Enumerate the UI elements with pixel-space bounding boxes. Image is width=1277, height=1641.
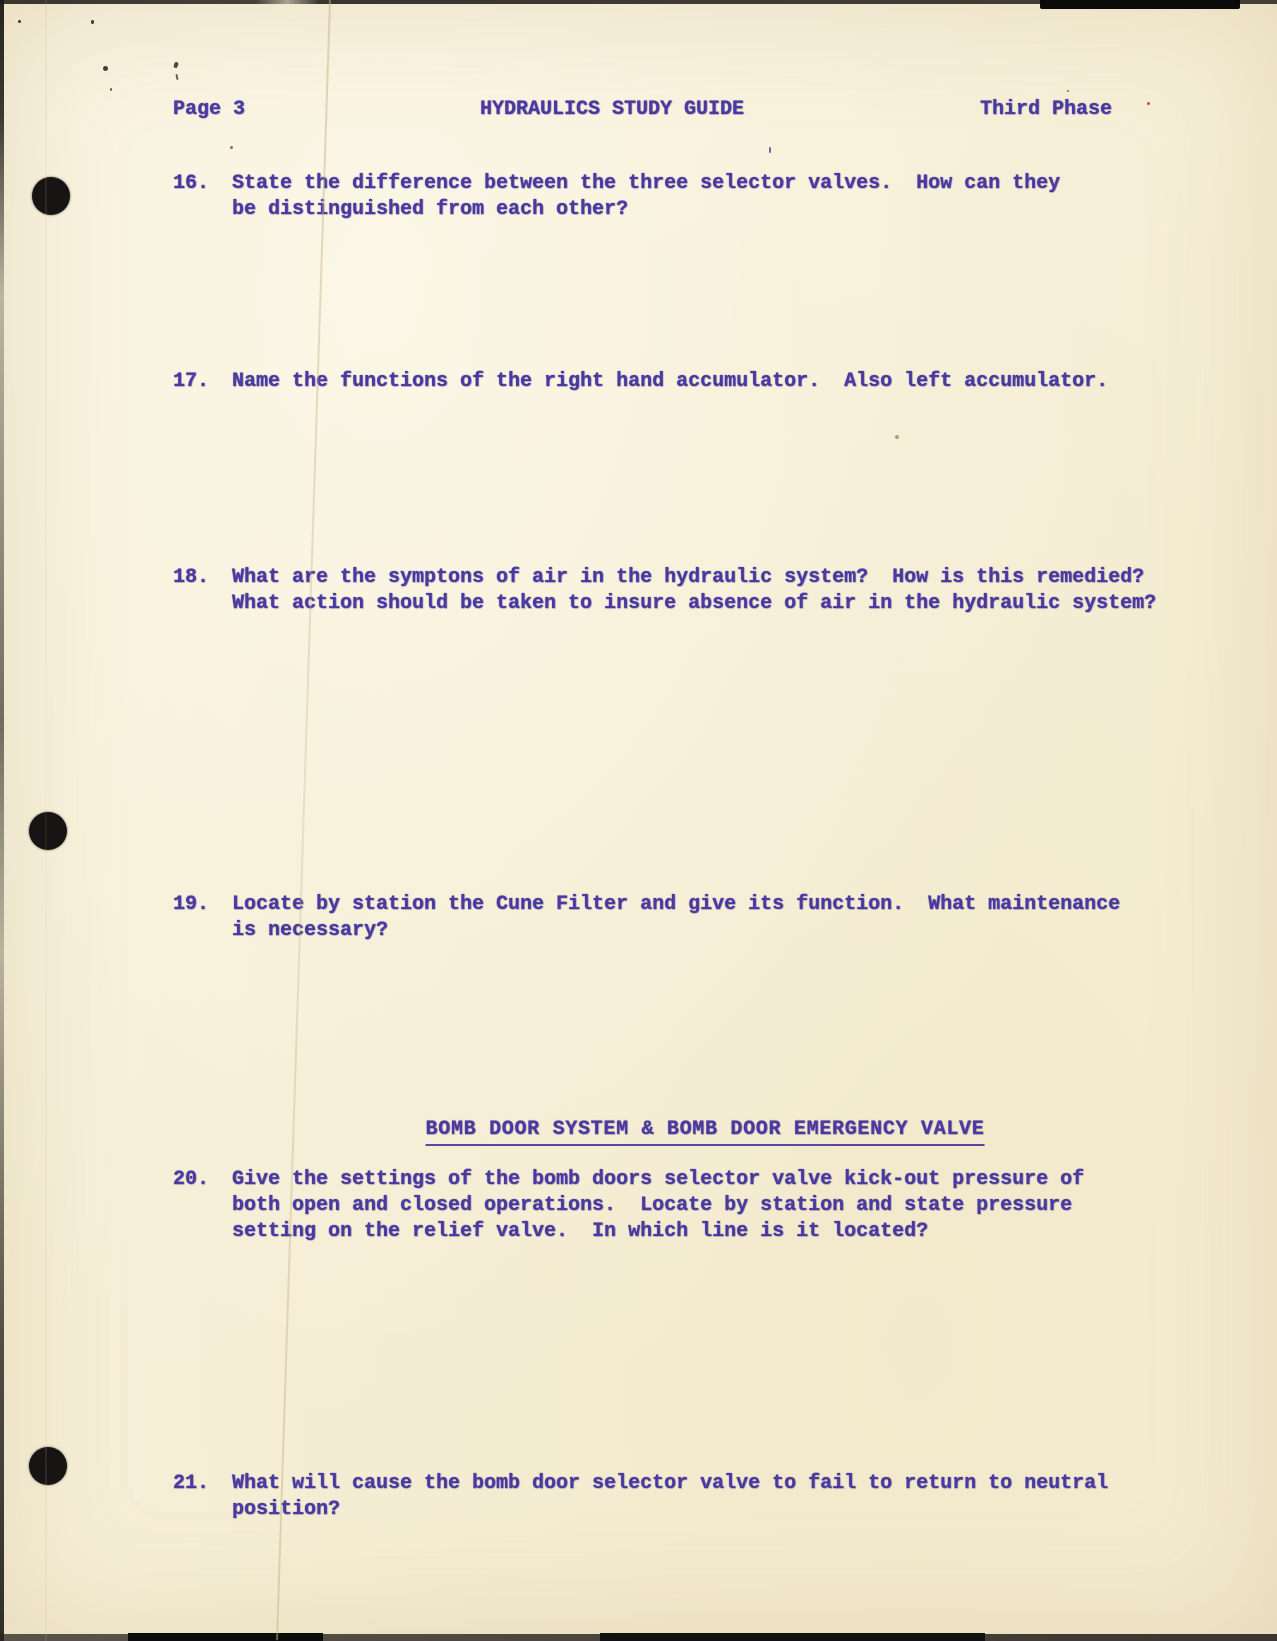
page-number-label: Page 3 <box>173 97 245 123</box>
question-20-line-1: Give the settings of the bomb doors sele… <box>232 1167 1084 1193</box>
hole-punch-middle <box>29 812 67 850</box>
question-20-number: 20. <box>173 1167 209 1193</box>
document-title: HYDRAULICS STUDY GUIDE <box>480 97 744 123</box>
question-18-number: 18. <box>173 565 209 591</box>
question-21-number: 21. <box>173 1471 209 1497</box>
question-16-line-2: be distinguished from each other? <box>232 197 628 223</box>
question-20-line-3: setting on the relief valve. In which li… <box>232 1219 928 1245</box>
question-20-line-2: both open and closed operations. Locate … <box>232 1193 1072 1219</box>
question-19-number: 19. <box>173 892 209 918</box>
phase-label: Third Phase <box>980 97 1112 123</box>
question-21-line-2: position? <box>232 1497 340 1523</box>
question-16-line-1: State the difference between the three s… <box>232 171 1060 197</box>
question-18-line-1: What are the symptons of air in the hydr… <box>232 565 1144 591</box>
hole-punch-top <box>32 177 70 215</box>
question-16-number: 16. <box>173 171 209 197</box>
paper-speck <box>175 74 178 80</box>
scan-edge-bottom-shadow-1 <box>128 1633 323 1641</box>
paper-speck <box>1147 102 1150 105</box>
question-17-line-1: Name the functions of the right hand acc… <box>232 369 1108 395</box>
question-21-line-1: What will cause the bomb door selector v… <box>232 1471 1108 1497</box>
paper-speck <box>18 20 21 23</box>
question-19-line-1: Locate by station the Cune Filter and gi… <box>232 892 1120 918</box>
paper-speck <box>230 146 233 149</box>
question-17-number: 17. <box>173 369 209 395</box>
paper-speck <box>103 66 108 71</box>
question-18-line-2: What action should be taken to insure ab… <box>232 591 1156 617</box>
paper-speck <box>173 61 179 68</box>
paper-crease-left-faint <box>45 0 47 1641</box>
scan-edge-top-shadow <box>1040 0 1240 9</box>
paper-speck <box>769 147 771 153</box>
paper-speck <box>1067 90 1069 92</box>
paper-speck <box>895 435 899 439</box>
paper-speck <box>91 20 94 24</box>
paper-crease-vertical <box>276 0 331 1640</box>
document-page: Page 3 HYDRAULICS STUDY GUIDE Third Phas… <box>0 0 1277 1641</box>
section-heading: BOMB DOOR SYSTEM & BOMB DOOR EMERGENCY V… <box>426 1117 985 1146</box>
scan-edge-bottom-shadow-2 <box>600 1633 985 1641</box>
paper-speck <box>110 88 112 91</box>
scan-edge-left <box>0 0 4 1641</box>
question-19-line-2: is necessary? <box>232 918 388 944</box>
hole-punch-bottom <box>29 1447 67 1485</box>
